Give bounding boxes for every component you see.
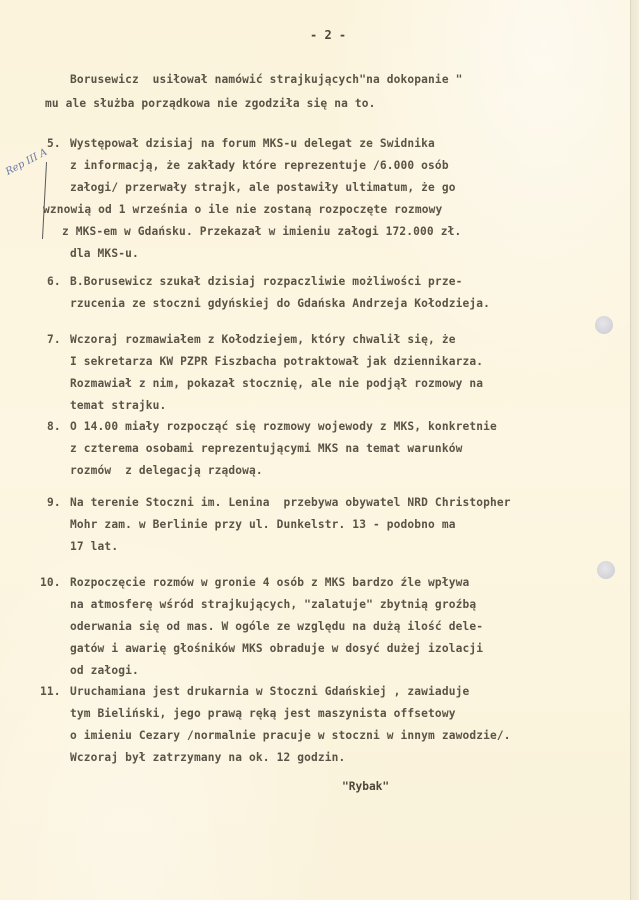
item-line: Na terenie Stoczni im. Lenina przebywa o… — [70, 496, 511, 510]
item-line: Rozmawiał z nim, pokazał stocznię, ale n… — [70, 377, 483, 391]
item-line: Wczoraj rozmawiałem z Kołodziejem, który… — [70, 333, 456, 347]
punch-hole — [595, 316, 613, 334]
item-line: o imieniu Cezary /normalnie pracuje w st… — [70, 729, 511, 743]
item-number: 10. — [40, 576, 61, 590]
item-number: 6. — [47, 275, 61, 289]
item-line: Wczoraj był zatrzymany na ok. 12 godzin. — [70, 751, 345, 765]
item-line: gatów i awarię głośników MKS obraduje w … — [70, 642, 483, 656]
item-line: dla MKS-u. — [70, 247, 139, 261]
item-line: od załogi. — [70, 664, 139, 678]
margin-bracket-line — [42, 162, 47, 239]
item-line: temat strajku. — [70, 399, 166, 413]
intro-line: mu ale służba porządkowa nie zgodziła si… — [45, 97, 376, 111]
document-page: - 2 - Borusewicz usiłował namówić strajk… — [0, 0, 639, 900]
punch-hole — [597, 561, 615, 579]
item-line: oderwania się od mas. W ogóle ze względu… — [70, 620, 483, 634]
item-line: z czterema osobami reprezentującymi MKS … — [70, 442, 462, 456]
page-edge — [630, 0, 639, 900]
item-line: Rozpoczęcie rozmów w gronie 4 osób z MKS… — [70, 576, 469, 590]
item-line: Mohr zam. w Berlinie przy ul. Dunkelstr.… — [70, 518, 456, 532]
item-line: I sekretarza KW PZPR Fiszbacha potraktow… — [70, 355, 483, 369]
item-line: z MKS-em w Gdańsku. Przekazał w imieniu … — [62, 225, 461, 239]
item-line: Uruchamiana jest drukarnia w Stoczni Gda… — [70, 685, 469, 699]
signature-codename: "Rybak" — [342, 780, 389, 793]
item-line: 17 lat. — [70, 540, 118, 554]
intro-line: Borusewicz usiłował namówić strajkującyc… — [70, 73, 462, 87]
item-line: tym Bieliński, jego prawą ręką jest masz… — [70, 707, 456, 721]
item-line: B.Borusewicz szukał dzisiaj rozpaczliwie… — [70, 275, 462, 289]
item-number: 11. — [40, 685, 61, 699]
page-number: - 2 - — [310, 28, 346, 42]
item-line: wznowią od 1 września o ile nie zostaną … — [43, 203, 442, 217]
item-line: z informacją, że zakłady które reprezent… — [70, 159, 449, 173]
item-line: O 14.00 miały rozpocząć się rozmowy woje… — [70, 420, 497, 434]
item-line: rzucenia ze stoczni gdyńskiej do Gdańska… — [70, 297, 490, 311]
item-number: 9. — [47, 496, 61, 510]
item-line: załogi/ przerwały strajk, ale postawiły … — [70, 181, 456, 195]
item-line: rozmów z delegacją rządową. — [70, 464, 263, 478]
item-number: 8. — [47, 420, 61, 434]
handwritten-margin-note: Rep III A — [4, 147, 49, 178]
item-line: na atmosferę wśród strajkujących, "zalat… — [70, 598, 476, 612]
item-number: 7. — [47, 333, 61, 347]
item-number: 5. — [47, 137, 61, 151]
item-line: Występował dzisiaj na forum MKS-u delega… — [70, 137, 435, 151]
